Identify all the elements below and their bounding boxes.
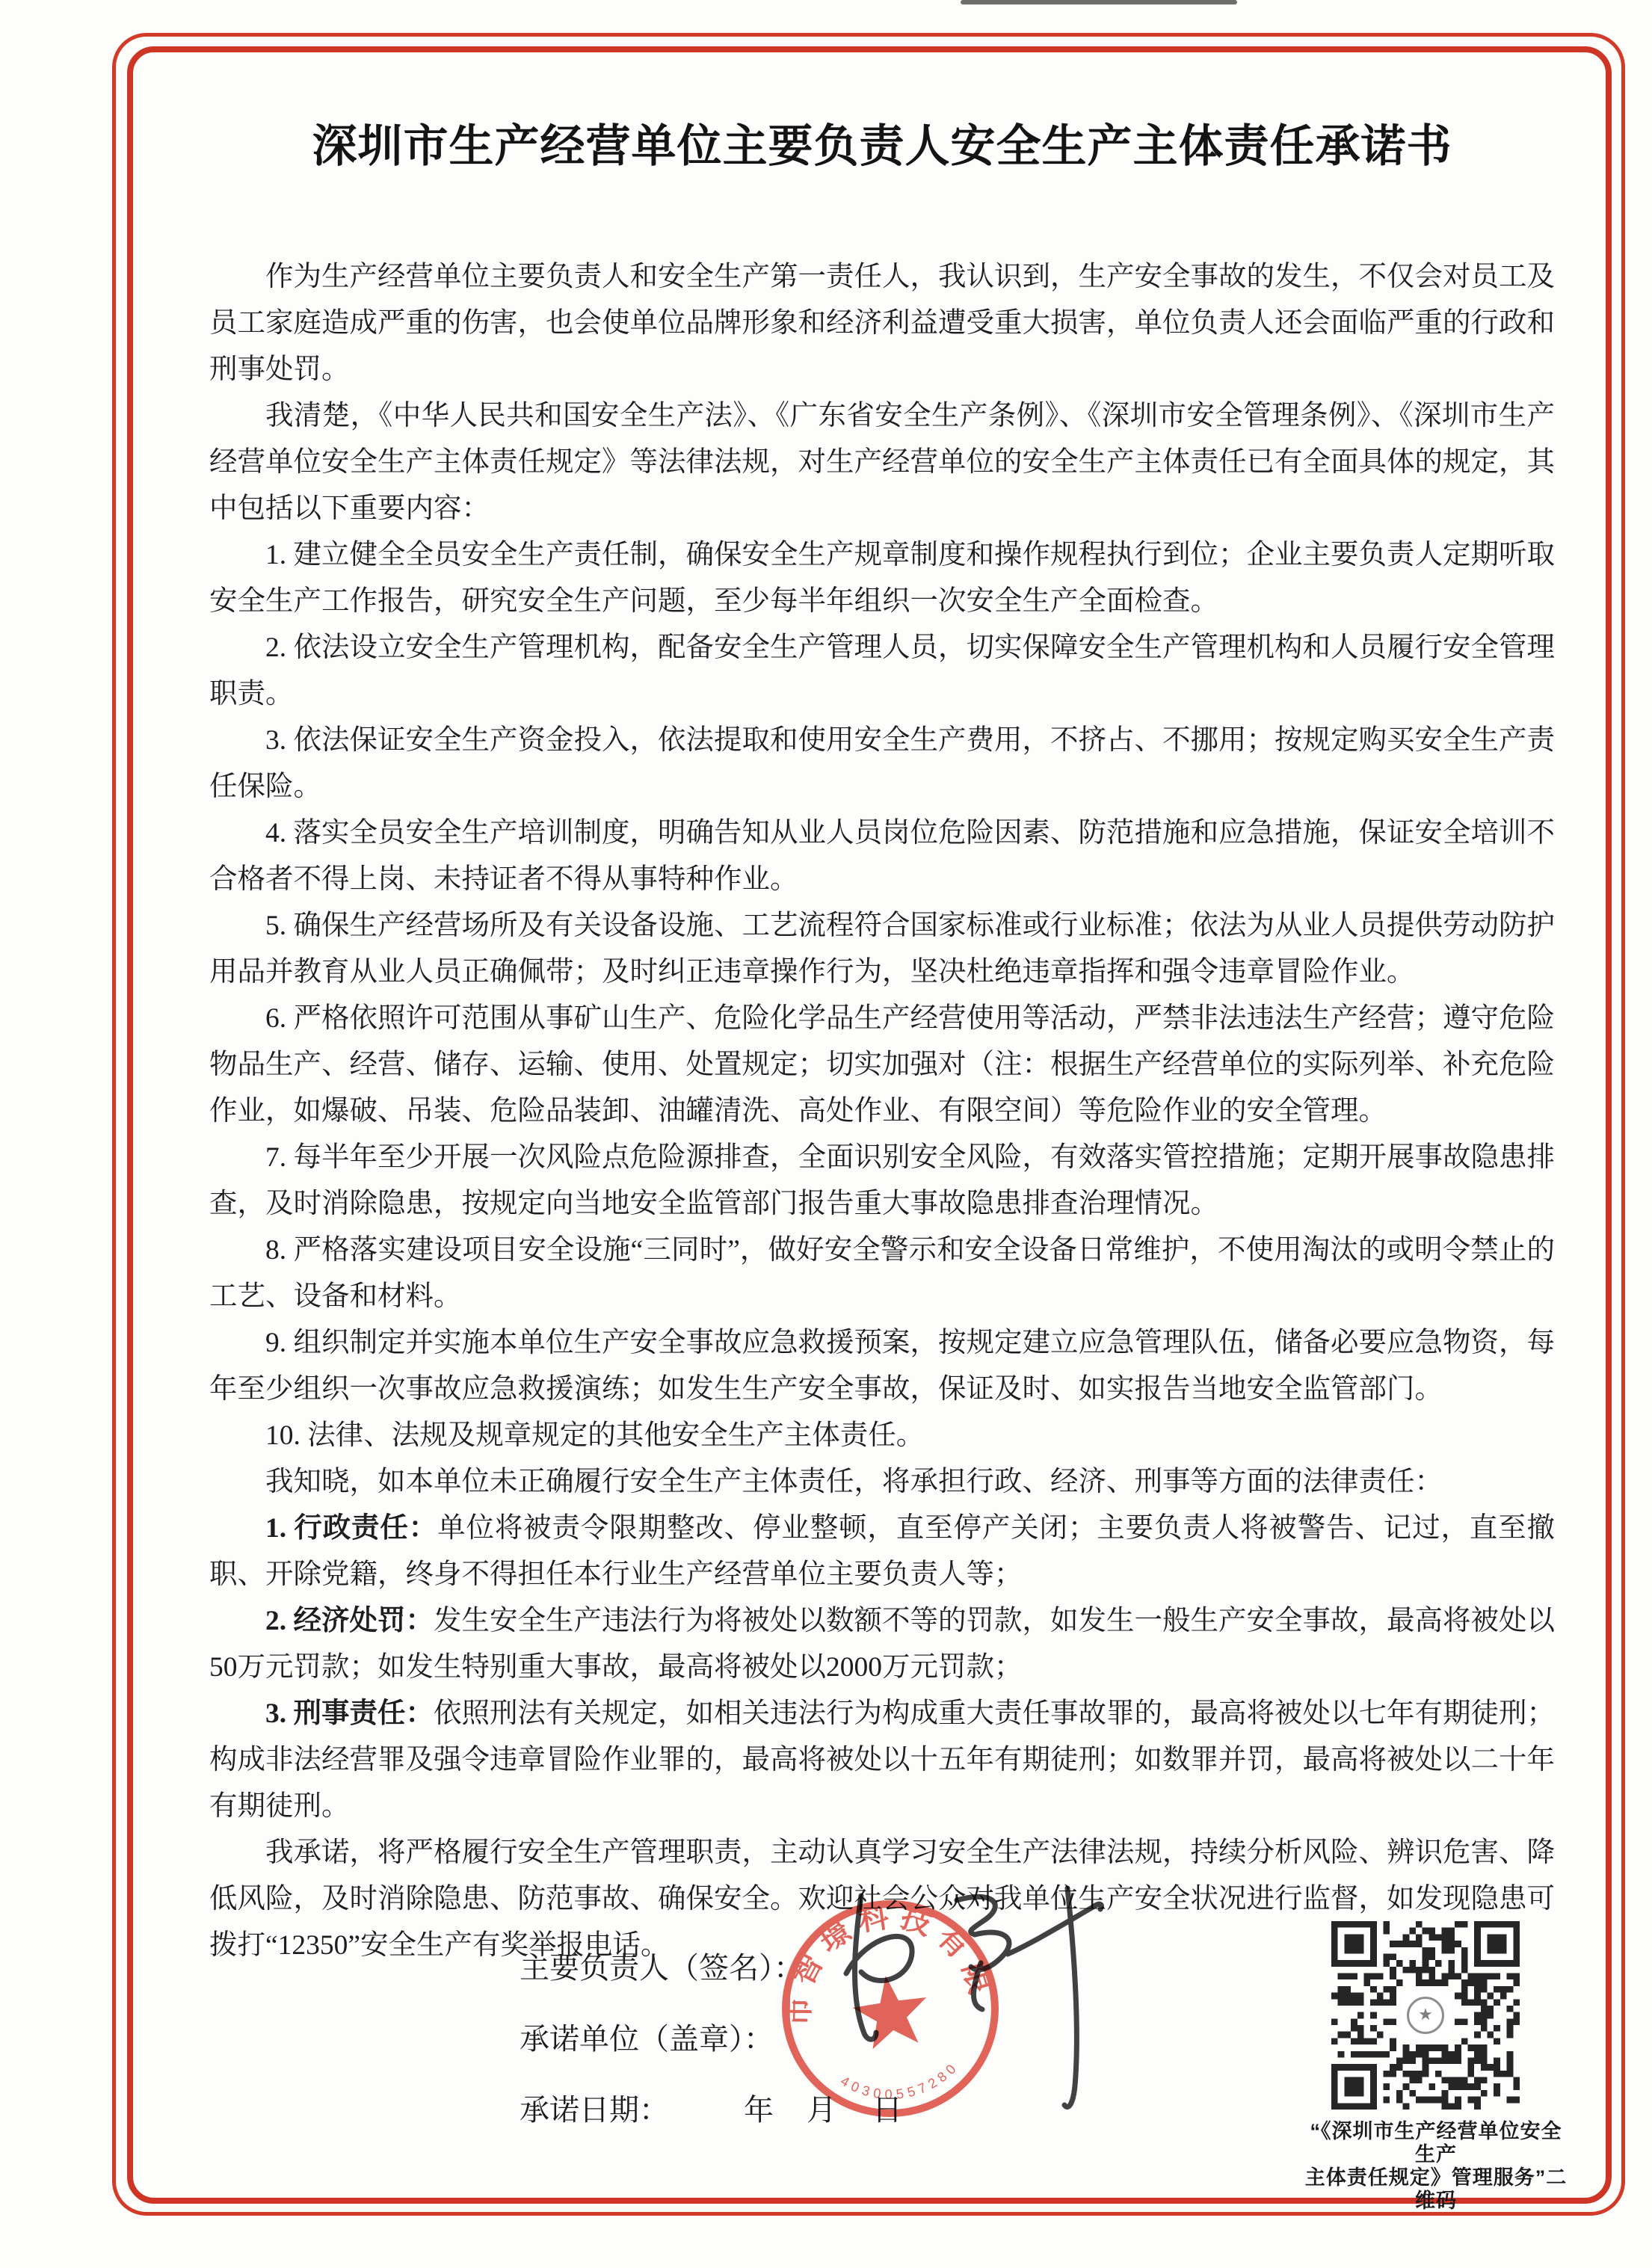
qr-caption-line2: 主体责任规定》管理服务”二维码 xyxy=(1304,2166,1568,2213)
liability-economic: 2. 经济处罚：发生安全生产违法行为将被处以数额不等的罚款，如发生一般生产安全事… xyxy=(209,1598,1555,1691)
duty-item-6: 6. 严格依照许可范围从事矿山生产、危险化学品生产经营使用等活动，严禁非法违法生… xyxy=(209,996,1555,1135)
qr-caption-line1: “《深圳市生产经营单位安全生产 xyxy=(1304,2120,1568,2166)
document-title: 深圳市生产经营单位主要负责人安全生产主体责任承诺书 xyxy=(209,111,1555,175)
duty-item-2: 2. 依法设立安全生产管理机构，配备安全生产管理人员，切实保障安全生产管理机构和… xyxy=(209,625,1555,718)
handwritten-signature xyxy=(807,1852,1121,2136)
liability-economic-label: 2. 经济处罚： xyxy=(265,1606,434,1636)
date-label: 承诺日期： xyxy=(520,2093,669,2127)
duty-item-5: 5. 确保生产经营场所及有关设备设施、工艺流程符合国家标准或行业标准；依法为从业… xyxy=(209,903,1555,996)
duty-item-3: 3. 依法保证安全生产资金投入，依法提取和使用安全生产费用，不挤占、不挪用；按规… xyxy=(209,718,1555,810)
duty-item-10: 10. 法律、法规及规章规定的其他安全生产主体责任。 xyxy=(209,1413,1555,1459)
liability-criminal-label: 3. 刑事责任： xyxy=(265,1698,434,1729)
paragraph-intro-1: 作为生产经营单位主要负责人和安全生产第一责任人，我认识到，生产安全事故的发生，不… xyxy=(209,254,1555,393)
qr-center-emblem: ★ xyxy=(1402,1991,1449,2039)
qr-caption: “《深圳市生产经营单位安全生产 主体责任规定》管理服务”二维码 xyxy=(1304,2120,1568,2213)
duty-item-4: 4. 落实全员安全生产培训制度，明确告知从业人员岗位危险因素、防范措施和应急措施… xyxy=(209,810,1555,903)
scanner-edge-artifact xyxy=(961,0,1237,4)
duty-item-7: 7. 每半年至少开展一次风险点危险源排查，全面识别安全风险，有效落实管控措施；定… xyxy=(209,1135,1555,1227)
duty-item-1: 1. 建立健全全员安全生产责任制，确保安全生产规章制度和操作规程执行到位；企业主… xyxy=(209,532,1555,625)
paragraph-liability-intro: 我知晓，如本单位未正确履行安全生产主体责任，将承担行政、经济、刑事等方面的法律责… xyxy=(209,1459,1555,1506)
scanned-commitment-letter: { "document": { "title": "深圳市生产经营单位主要负责人… xyxy=(0,0,1652,2268)
year-label: 年 xyxy=(744,2093,774,2127)
liability-administrative-label: 1. 行政责任： xyxy=(265,1513,437,1544)
liability-criminal: 3. 刑事责任：依照刑法有关规定，如相关违法行为构成重大责任事故罪的，最高将被处… xyxy=(209,1691,1555,1830)
emblem-star-icon: ★ xyxy=(1407,1997,1444,2034)
paragraph-intro-2: 我清楚，《中华人民共和国安全生产法》、《广东省安全生产条例》、《深圳市安全管理条… xyxy=(209,393,1555,532)
duty-item-8: 8. 严格落实建设项目安全设施“三同时”，做好安全警示和安全设备日常维护，不使用… xyxy=(209,1227,1555,1320)
duty-item-9: 9. 组织制定并实施本单位生产安全事故应急救援预案，按规定建立应急管理队伍，储备… xyxy=(209,1320,1555,1413)
document-body: 作为生产经营单位主要负责人和安全生产第一责任人，我认识到，生产安全事故的发生，不… xyxy=(209,254,1555,1969)
liability-administrative: 1. 行政责任：单位将被责令限期整改、停业整顿，直至停产关闭；主要负责人将被警告… xyxy=(209,1506,1555,1598)
